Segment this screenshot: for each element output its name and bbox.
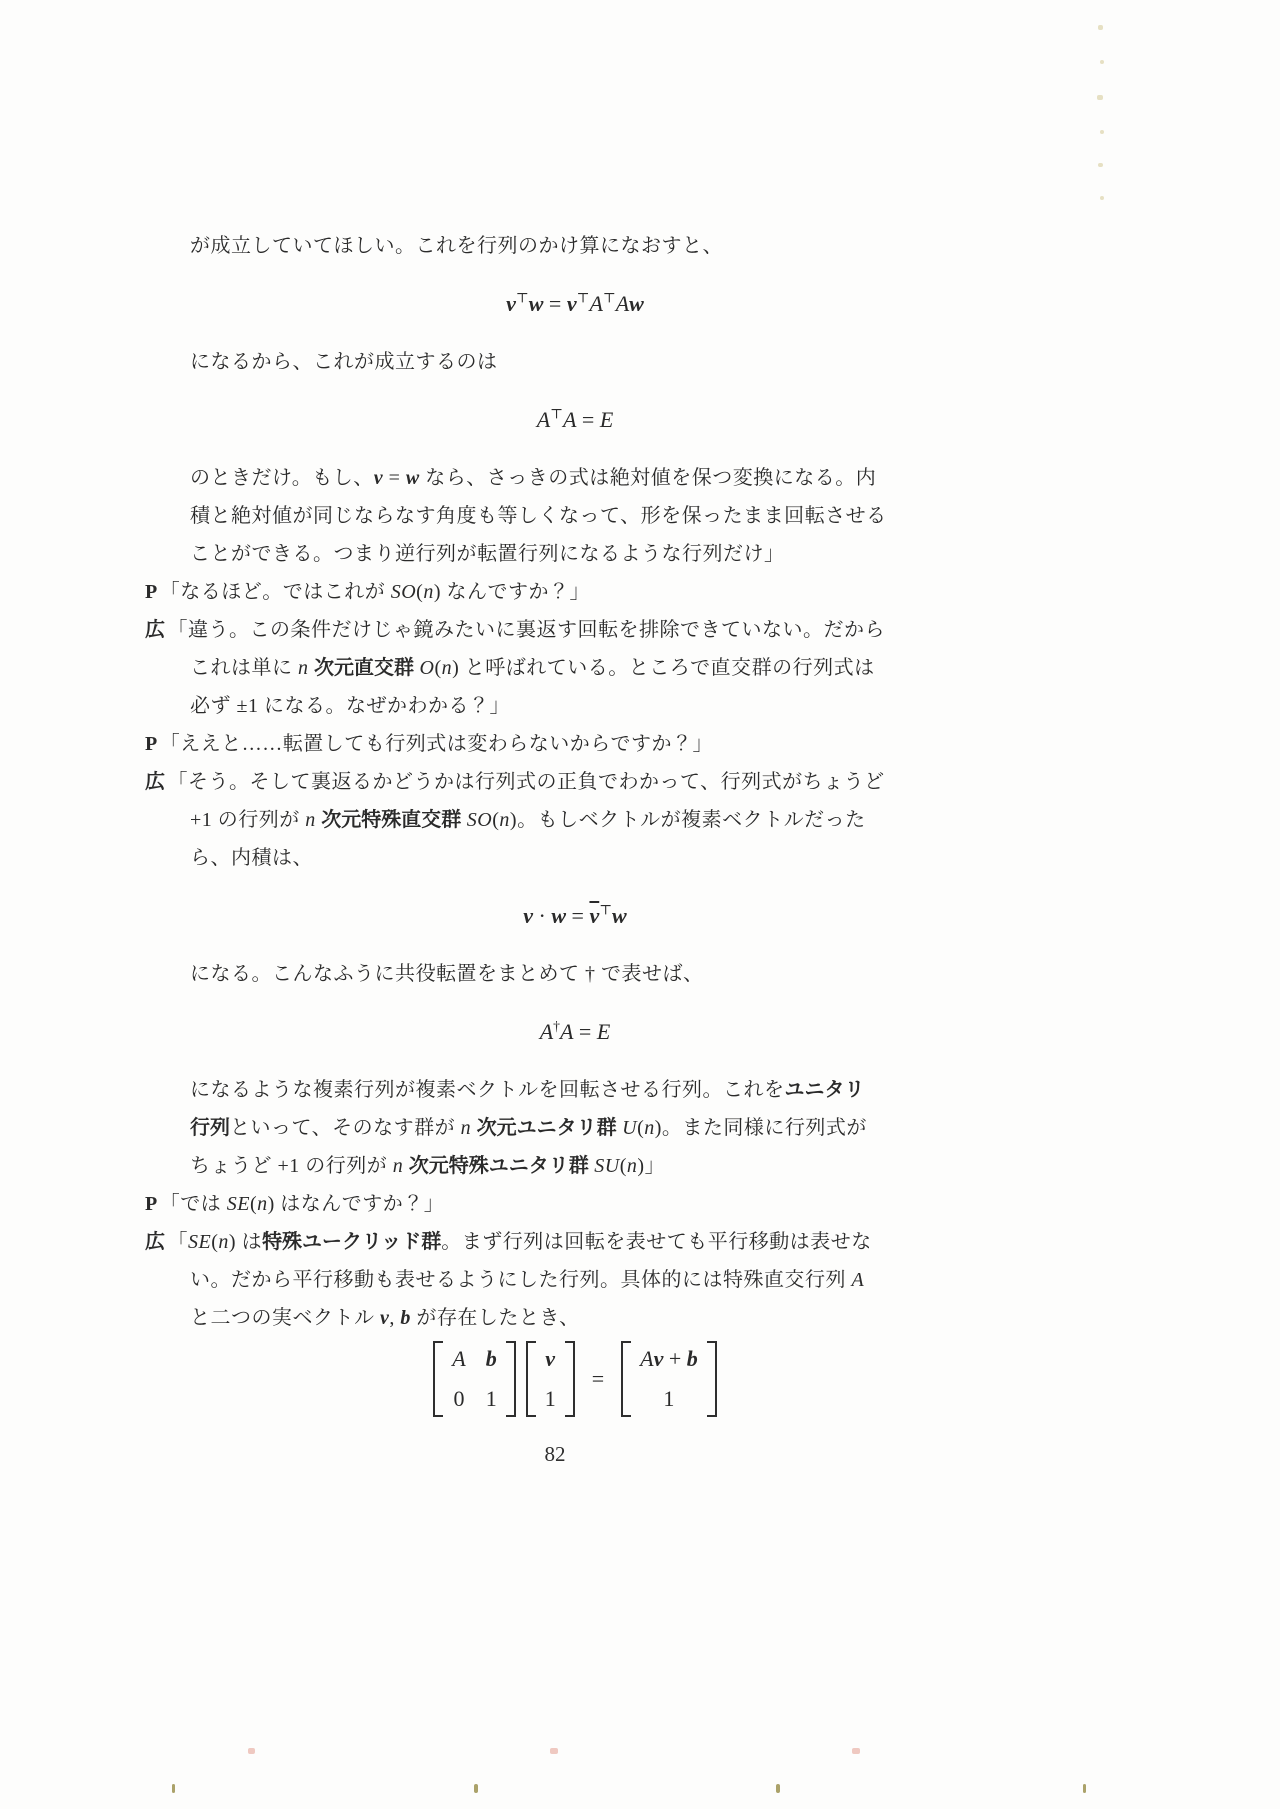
text-segment: v bbox=[374, 467, 383, 489]
text-segment: · bbox=[533, 903, 551, 928]
text-segment: + bbox=[663, 1346, 686, 1371]
body-text-line: い。だから平行移動も表せるようにした行列。具体的には特殊直交行列 A bbox=[145, 1261, 1005, 1299]
body-text-line: ちょうど +1 の行列が n 次元特殊ユニタリ群 SU(n)」 bbox=[145, 1147, 1005, 1185]
text-segment: A bbox=[589, 291, 602, 316]
text-segment: † bbox=[585, 963, 596, 985]
text-segment: ) bbox=[434, 581, 441, 603]
scan-artifact bbox=[852, 1748, 860, 1754]
formula-line: A†A = E bbox=[145, 1012, 1005, 1052]
matrix-cells: Av + b1 bbox=[631, 1341, 707, 1417]
text-segment: n bbox=[442, 657, 453, 679]
speaker-label: 広 bbox=[145, 619, 166, 641]
text-segment: 。また同様に行列式が bbox=[662, 1117, 867, 1139]
text-segment: ) bbox=[510, 809, 517, 831]
dialogue-line: P「では SE(n) はなんですか？」 bbox=[145, 1185, 1005, 1223]
text-segment: v bbox=[589, 903, 599, 928]
scan-artifact bbox=[1098, 25, 1103, 30]
right-bracket bbox=[506, 1341, 516, 1417]
speaker-label: P bbox=[145, 1193, 158, 1215]
text-segment: ⊤ bbox=[550, 407, 563, 422]
text-segment: w bbox=[529, 291, 544, 316]
scan-artifact bbox=[1100, 130, 1104, 134]
text-segment: = bbox=[543, 291, 566, 316]
text-segment: = bbox=[573, 1019, 596, 1044]
text-segment: 1 bbox=[486, 1386, 497, 1411]
text-segment: ) bbox=[268, 1193, 275, 1215]
matrix-cell: 1 bbox=[486, 1386, 497, 1412]
body-text-line: これは単に n 次元直交群 O(n) と呼ばれている。ところで直交群の行列式は bbox=[145, 649, 1005, 687]
text-segment: SE bbox=[227, 1193, 250, 1215]
text-segment: E bbox=[600, 407, 613, 432]
speaker-label: 広 bbox=[145, 1231, 166, 1253]
text-segment: ±1 bbox=[237, 695, 259, 717]
body-text-line: のときだけ。もし、v = w なら、さっきの式は絶対値を保つ変換になる。内 bbox=[145, 459, 1005, 497]
matrix-cell: b bbox=[486, 1346, 497, 1372]
text-segment: ) bbox=[655, 1117, 662, 1139]
text-segment: 特殊ユークリッド群 bbox=[262, 1231, 441, 1253]
text-segment: これは単に bbox=[190, 657, 298, 679]
page-number: 82 bbox=[145, 1442, 965, 1467]
text-segment: n bbox=[305, 809, 316, 831]
text-segment: になるから、これが成立するのは bbox=[190, 351, 498, 373]
left-bracket bbox=[621, 1341, 631, 1417]
speaker-label: 広 bbox=[145, 771, 166, 793]
scan-artifact bbox=[1100, 196, 1104, 200]
text-segment: n bbox=[393, 1155, 404, 1177]
body-text-line: ら、内積は、 bbox=[145, 839, 1005, 877]
text-segment: = bbox=[566, 903, 589, 928]
text-segment: ( bbox=[434, 657, 441, 679]
matrix-cell: v bbox=[545, 1346, 555, 1372]
body-text-line: +1 の行列が n 次元特殊直交群 SO(n)。もしベクトルが複素ベクトルだった bbox=[145, 801, 1005, 839]
scan-artifact bbox=[1098, 163, 1103, 167]
text-segment: n bbox=[257, 1193, 268, 1215]
text-segment: 行列 bbox=[190, 1117, 230, 1139]
scan-artifact bbox=[248, 1748, 255, 1754]
text-segment: ) bbox=[637, 1155, 644, 1177]
text-segment: になるような複素行列が複素ベクトルを回転させる行列。これを bbox=[190, 1079, 785, 1101]
left-bracket bbox=[433, 1341, 443, 1417]
text-segment: い。だから平行移動も表せるようにした行列。具体的には特殊直交行列 bbox=[190, 1269, 852, 1291]
dialogue-line: 広「違う。この条件だけじゃ鏡みたいに裏返す回転を排除できていない。だから bbox=[145, 611, 1005, 649]
matrix-cell: 1 bbox=[545, 1386, 556, 1412]
scan-artifact bbox=[172, 1784, 175, 1793]
speaker-label: P bbox=[145, 733, 158, 755]
body-text-line: ことができる。つまり逆行列が転置行列になるような行列だけ」 bbox=[145, 535, 1005, 573]
text-segment: † bbox=[553, 1019, 560, 1034]
text-segment: v bbox=[654, 1346, 664, 1371]
text-segment: 「そう。そして裏返るかどうかは行列式の正負でわかって、行列式がちょうど bbox=[168, 771, 885, 793]
matrix-cell: Av + b bbox=[640, 1346, 698, 1372]
text-segment: A bbox=[540, 1019, 553, 1044]
text-segment: b bbox=[486, 1346, 497, 1371]
text-segment: なんですか？」 bbox=[441, 581, 590, 603]
matrix-Av-plus-b-1: Av + b1 bbox=[621, 1341, 717, 1417]
text-segment: n bbox=[461, 1117, 472, 1139]
text-segment: ら、内積は、 bbox=[190, 847, 313, 869]
text-segment: ) bbox=[229, 1231, 236, 1253]
formula-line: v⊤w = v⊤A⊤Aw bbox=[145, 284, 1005, 324]
scan-artifact bbox=[1100, 60, 1104, 64]
text-segment: +1 bbox=[278, 1155, 300, 1177]
text-segment: n bbox=[627, 1155, 638, 1177]
text-segment: 0 bbox=[453, 1386, 464, 1411]
text-segment: はなんですか？」 bbox=[275, 1193, 445, 1215]
text-segment: 「 bbox=[168, 1231, 189, 1253]
scan-artifact bbox=[474, 1784, 478, 1793]
dialogue-line: 広「そう。そして裏返るかどうかは行列式の正負でわかって、行列式がちょうど bbox=[145, 763, 1005, 801]
text-segment: 次元特殊ユニタリ群 bbox=[409, 1155, 589, 1177]
dialogue-line: 広「SE(n) は特殊ユークリッド群。まず行列は回転を表せても平行移動は表せな bbox=[145, 1223, 1005, 1261]
matrix-cell: 0 bbox=[453, 1386, 464, 1412]
matrix-cell: 1 bbox=[663, 1386, 674, 1412]
text-segment: 。まず行列は回転を表せても平行移動は表せな bbox=[441, 1231, 872, 1253]
text-segment: SO bbox=[391, 581, 416, 603]
text-segment: の行列が bbox=[300, 1155, 393, 1177]
text-segment: A bbox=[640, 1346, 653, 1371]
body-text-line: が成立していてほしい。これを行列のかけ算になおすと、 bbox=[145, 227, 1005, 265]
text-segment: w bbox=[406, 467, 420, 489]
text-segment: になる。こんなふうに共役転置をまとめて bbox=[190, 963, 585, 985]
body-text-line: 必ず ±1 になる。なぜかわかる？」 bbox=[145, 687, 1005, 725]
text-segment: A bbox=[452, 1346, 465, 1371]
text-segment: v bbox=[545, 1346, 555, 1371]
equals-sign: = bbox=[580, 1366, 616, 1392]
text-segment: 必ず bbox=[190, 695, 237, 717]
text-segment: A bbox=[537, 407, 550, 432]
scan-artifact bbox=[550, 1748, 558, 1754]
text-segment: A bbox=[560, 1019, 573, 1044]
text-segment: 「では bbox=[160, 1193, 227, 1215]
text-segment: ⊤ bbox=[599, 903, 612, 918]
matrix-v-1: v1 bbox=[526, 1341, 575, 1417]
text-segment: ⊤ bbox=[577, 291, 590, 306]
body-text-line: 行列といって、そのなす群が n 次元ユニタリ群 U(n)。また同様に行列式が bbox=[145, 1109, 1005, 1147]
scan-artifact bbox=[1083, 1784, 1086, 1793]
text-segment: といって、そのなす群が bbox=[230, 1117, 461, 1139]
dialogue-line: P「ええと……転置しても行列式は変わらないからですか？」 bbox=[145, 725, 1005, 763]
text-segment: ユニタリ bbox=[785, 1079, 865, 1101]
text-segment: U bbox=[622, 1117, 637, 1139]
text-column: が成立していてほしい。これを行列のかけ算になおすと、v⊤w = v⊤A⊤Awにな… bbox=[145, 227, 1005, 1337]
text-segment: b bbox=[687, 1346, 698, 1371]
text-segment: E bbox=[597, 1019, 610, 1044]
text-segment: 次元ユニタリ群 bbox=[477, 1117, 617, 1139]
text-segment: 「ええと……転置しても行列式は変わらないからですか？」 bbox=[160, 733, 713, 755]
formula-line: v · w = v⊤w bbox=[145, 896, 1005, 936]
matrix-cell: A bbox=[452, 1346, 465, 1372]
text-segment: SU bbox=[594, 1155, 619, 1177]
text-segment: A bbox=[852, 1269, 865, 1291]
text-segment: = bbox=[383, 467, 406, 489]
text-segment: なら、さっきの式は絶対値を保つ変換になる。内 bbox=[420, 467, 877, 489]
matrix-A-b-0-1: Ab01 bbox=[433, 1341, 515, 1417]
text-segment: は bbox=[236, 1231, 262, 1253]
text-segment: n bbox=[499, 809, 510, 831]
text-segment: と呼ばれている。ところで直交群の行列式は bbox=[459, 657, 874, 679]
text-segment: SO bbox=[467, 809, 492, 831]
text-segment: 。もしベクトルが複素ベクトルだった bbox=[517, 809, 866, 831]
scan-artifact bbox=[1097, 95, 1103, 100]
text-segment: 1 bbox=[545, 1386, 556, 1411]
text-segment: 」 bbox=[645, 1155, 666, 1177]
text-segment: = bbox=[576, 407, 599, 432]
matrix-equation: Ab01 v1 = Av + b1 bbox=[145, 1318, 1005, 1421]
body-text-line: になる。こんなふうに共役転置をまとめて † で表せば、 bbox=[145, 955, 1005, 993]
text-segment: 「なるほど。ではこれが bbox=[160, 581, 391, 603]
text-segment: の行列が bbox=[212, 809, 305, 831]
right-bracket bbox=[565, 1341, 575, 1417]
body-text-line: になるから、これが成立するのは bbox=[145, 343, 1005, 381]
text-segment: A bbox=[616, 291, 629, 316]
text-segment: 次元直交群 bbox=[314, 657, 414, 679]
text-segment: 「違う。この条件だけじゃ鏡みたいに裏返す回転を排除できていない。だから bbox=[168, 619, 886, 641]
scan-artifact bbox=[776, 1784, 780, 1793]
speaker-label: P bbox=[145, 581, 158, 603]
text-segment: になる。なぜかわかる？」 bbox=[258, 695, 510, 717]
text-segment: で表せば、 bbox=[596, 963, 704, 985]
body-text-line: 積と絶対値が同じならなす角度も等しくなって、形を保ったまま回転させる bbox=[145, 497, 1005, 535]
text-segment: ことができる。つまり逆行列が転置行列になるような行列だけ」 bbox=[190, 543, 785, 565]
text-segment: v bbox=[506, 291, 516, 316]
text-segment: n bbox=[644, 1117, 655, 1139]
text-segment: 積と絶対値が同じならなす角度も等しくなって、形を保ったまま回転させる bbox=[190, 505, 887, 527]
text-segment: O bbox=[420, 657, 435, 679]
formula-line: A⊤A = E bbox=[145, 400, 1005, 440]
left-bracket bbox=[526, 1341, 536, 1417]
text-segment: w bbox=[612, 903, 627, 928]
matrix-cells: Ab01 bbox=[443, 1341, 505, 1417]
scanned-book-page: が成立していてほしい。これを行列のかけ算になおすと、v⊤w = v⊤A⊤Awにな… bbox=[0, 0, 1280, 1809]
text-segment: ( bbox=[620, 1155, 627, 1177]
text-segment: ちょうど bbox=[190, 1155, 278, 1177]
text-segment: 1 bbox=[663, 1386, 674, 1411]
text-segment: w bbox=[551, 903, 566, 928]
text-segment: n bbox=[218, 1231, 229, 1253]
dialogue-line: P「なるほど。ではこれが SO(n) なんですか？」 bbox=[145, 573, 1005, 611]
matrix-cells: v1 bbox=[536, 1341, 565, 1417]
text-segment: v bbox=[567, 291, 577, 316]
text-segment: +1 bbox=[190, 809, 212, 831]
text-segment: SE bbox=[188, 1231, 211, 1253]
text-segment: ⊤ bbox=[603, 291, 616, 306]
text-segment: のときだけ。もし、 bbox=[190, 467, 374, 489]
text-segment: w bbox=[629, 291, 644, 316]
text-segment: n bbox=[423, 581, 434, 603]
matrix-equation-row: Ab01 v1 = Av + b1 bbox=[145, 1337, 1005, 1421]
text-segment: が成立していてほしい。これを行列のかけ算になおすと、 bbox=[190, 235, 723, 257]
text-segment: A bbox=[563, 407, 576, 432]
text-segment: n bbox=[298, 657, 309, 679]
text-segment: 次元特殊直交群 bbox=[321, 809, 461, 831]
body-text-line: になるような複素行列が複素ベクトルを回転させる行列。これをユニタリ bbox=[145, 1071, 1005, 1109]
text-segment: v bbox=[523, 903, 533, 928]
right-bracket bbox=[707, 1341, 717, 1417]
text-segment: ⊤ bbox=[516, 291, 529, 306]
